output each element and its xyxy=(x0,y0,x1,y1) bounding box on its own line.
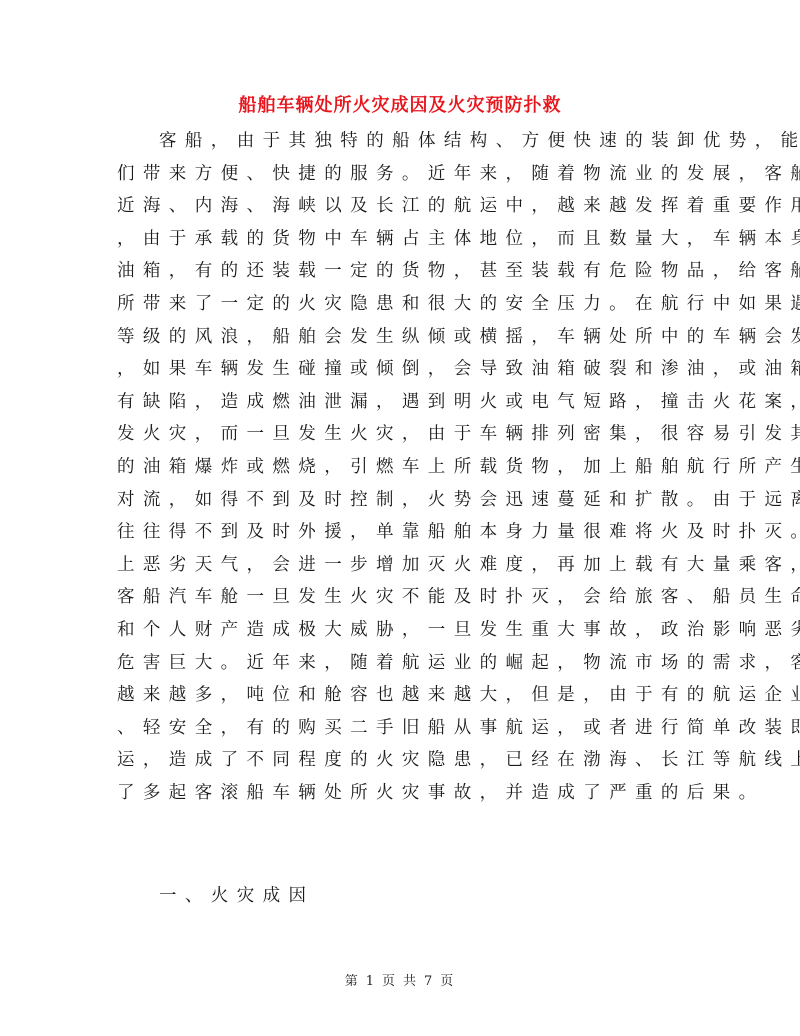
paragraph-line: 近海、内海、海峡以及长江的航运中，越来越发挥着重要作用。但是 xyxy=(117,190,677,223)
section-heading: 一、火灾成因 xyxy=(159,880,314,912)
paragraph-line: 上恶劣天气，会进一步增加灭火难度，再加上载有大量乘客，因此， xyxy=(117,549,677,582)
intro-paragraph: 客船，由于其独特的船体结构、方便快速的装卸优势，能够给人 们带来方便、快捷的服务… xyxy=(117,125,677,809)
document-title: 船舶车辆处所火灾成因及火灾预防扑救 xyxy=(0,94,800,118)
footer-current-page: 1 xyxy=(366,974,376,989)
paragraph-line: 发火灾，而一旦发生火灾，由于车辆排列密集，很容易引发其它车辆 xyxy=(117,418,677,451)
paragraph-line: ，由于承载的货物中车辆占主体地位，而且数量大，车辆本身还带有 xyxy=(117,223,677,256)
paragraph-line: 客船汽车舱一旦发生火灾不能及时扑灭，会给旅客、船员生命，国家 xyxy=(117,581,677,614)
paragraph-line: ，如果车辆发生碰撞或倾倒，会导致油箱破裂和渗油，或油箱本身存 xyxy=(117,353,677,386)
paragraph-line: 越来越多，吨位和舱容也越来越大，但是，由于有的航运企业重效益 xyxy=(117,679,677,712)
page-footer: 第1页共7页 xyxy=(0,970,800,989)
paragraph-line: 运，造成了不同程度的火灾隐患，已经在渤海、长江等航线上，发生 xyxy=(117,744,677,777)
footer-prefix: 第 xyxy=(345,974,360,989)
paragraph-line: 、轻安全，有的购买二手旧船从事航运，或者进行简单改装即投入营 xyxy=(117,712,677,745)
paragraph-line: 危害巨大。近年来，随着航运业的崛起，物流市场的需求，客船数量 xyxy=(117,647,677,680)
paragraph-line: 往往得不到及时外援，单靠船舶本身力量很难将火及时扑灭。如果遇 xyxy=(117,516,677,549)
paragraph-line: 油箱，有的还装载一定的货物，甚至装载有危险物品，给客船车辆处 xyxy=(117,255,677,288)
paragraph-line: 所带来了一定的火灾隐患和很大的安全压力。在航行中如果遇到一定 xyxy=(117,288,677,321)
paragraph-line: 有缺陷，造成燃油泄漏，遇到明火或电气短路，撞击火花案，极易引 xyxy=(117,386,677,419)
footer-total-pages: 7 xyxy=(424,974,434,989)
document-page: 船舶车辆处所火灾成因及火灾预防扑救 客船，由于其独特的船体结构、方便快速的装卸优… xyxy=(0,0,800,1036)
paragraph-line: 和个人财产造成极大威胁，一旦发生重大事故，政治影响恶劣，现实 xyxy=(117,614,677,647)
footer-total-word: 共 xyxy=(403,974,418,989)
paragraph-line: 客船，由于其独特的船体结构、方便快速的装卸优势，能够给人 xyxy=(117,125,677,158)
paragraph-line: 对流，如得不到及时控制，火势会迅速蔓延和扩散。由于远离陆地， xyxy=(117,484,677,517)
paragraph-line: 等级的风浪，船舶会发生纵倾或横摇，车辆处所中的车辆会发生位移 xyxy=(117,321,677,354)
footer-suffix: 页 xyxy=(440,974,455,989)
footer-page-word: 页 xyxy=(382,974,397,989)
paragraph-line: 们带来方便、快捷的服务。近年来，随着物流业的发展，客船在我国 xyxy=(117,158,677,191)
paragraph-line: 了多起客滚船车辆处所火灾事故，并造成了严重的后果。 xyxy=(117,777,677,810)
paragraph-line: 的油箱爆炸或燃烧，引燃车上所载货物，加上船舶航行所产生的空气 xyxy=(117,451,677,484)
